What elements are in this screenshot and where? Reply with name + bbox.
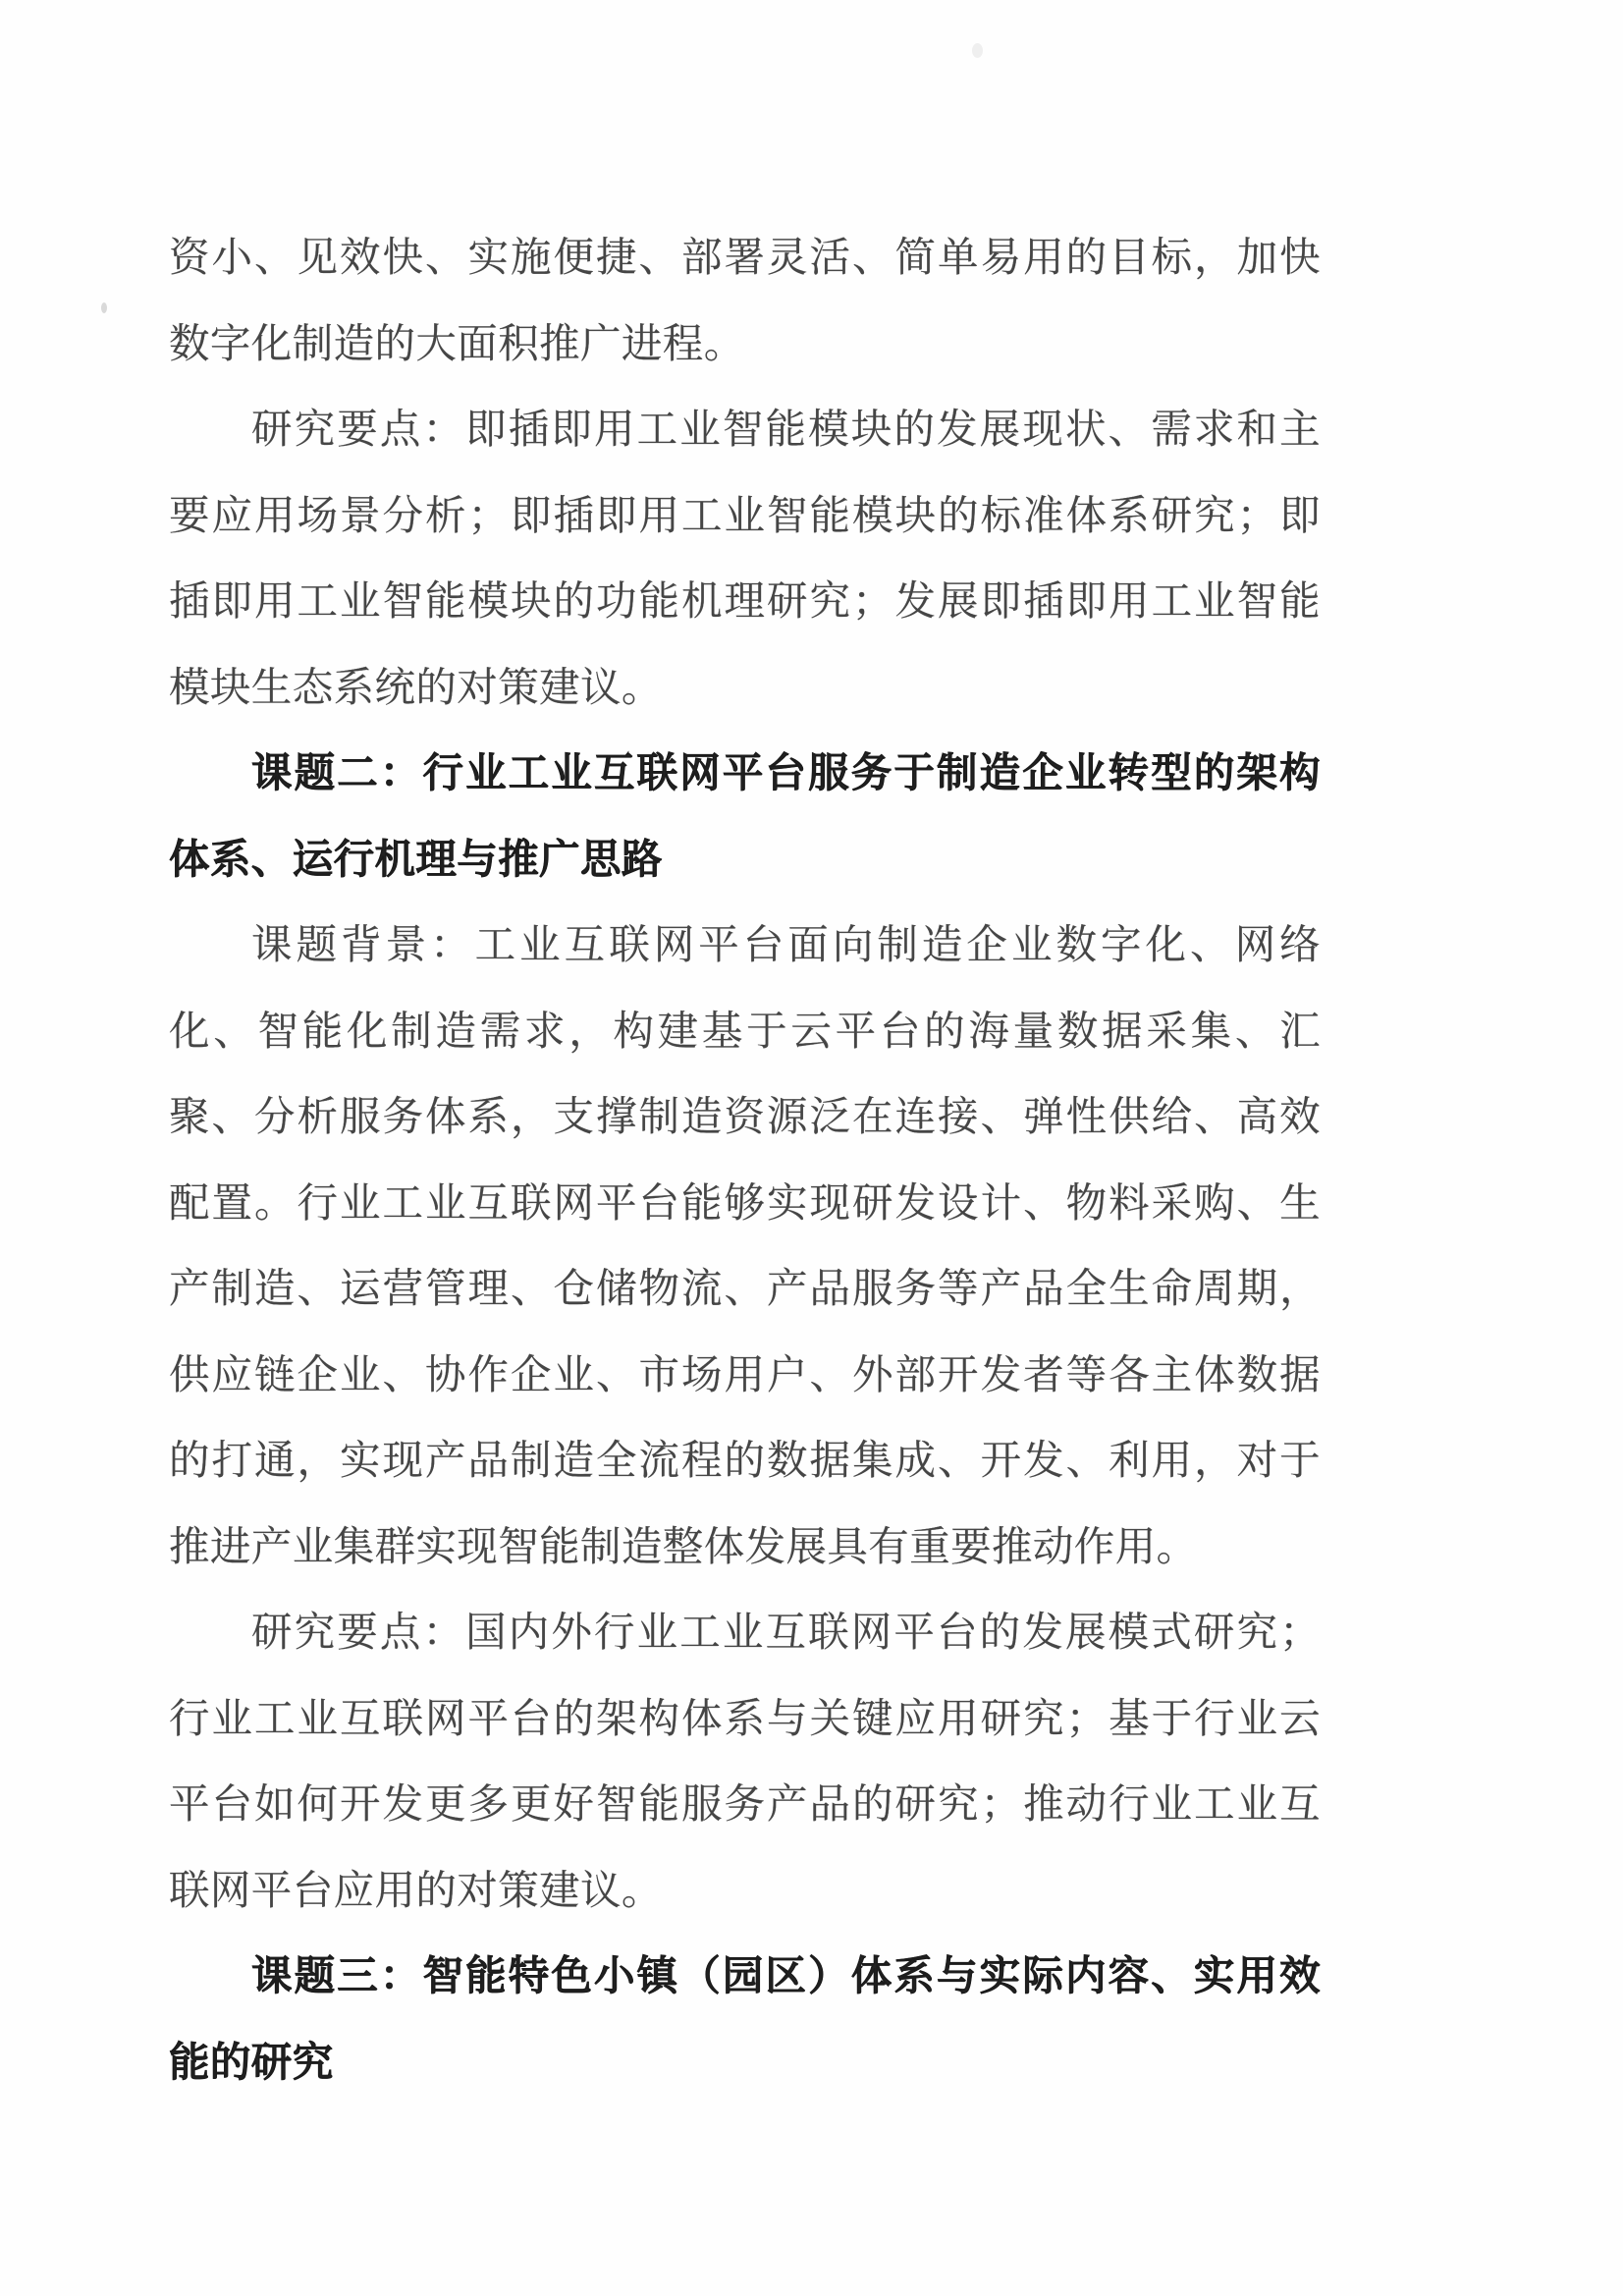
heading-topic-3: 课题三：智能特色小镇（园区）体系与实际内容、实用效能的研究: [169, 1933, 1321, 2105]
scan-speck: [101, 302, 107, 313]
paragraph-goal-continuation: 资小、见效快、实施便捷、部署灵活、简单易用的目标，加快数字化制造的大面积推广进程…: [169, 214, 1321, 386]
document-body: 资小、见效快、实施便捷、部署灵活、简单易用的目标，加快数字化制造的大面积推广进程…: [169, 214, 1321, 2105]
scan-speck: [972, 43, 983, 58]
heading-topic-2: 课题二：行业工业互联网平台服务于制造企业转型的架构体系、运行机理与推广思路: [169, 730, 1321, 902]
paragraph-research-points-topic1: 研究要点：即插即用工业智能模块的发展现状、需求和主要应用场景分析；即插即用工业智…: [169, 386, 1321, 730]
paragraph-research-points-topic2: 研究要点：国内外行业工业互联网平台的发展模式研究；行业工业互联网平台的架构体系与…: [169, 1589, 1321, 1933]
document-page: 资小、见效快、实施便捷、部署灵活、简单易用的目标，加快数字化制造的大面积推广进程…: [0, 0, 1623, 2296]
paragraph-background-topic2: 课题背景：工业互联网平台面向制造企业数字化、网络化、智能化制造需求，构建基于云平…: [169, 902, 1321, 1589]
